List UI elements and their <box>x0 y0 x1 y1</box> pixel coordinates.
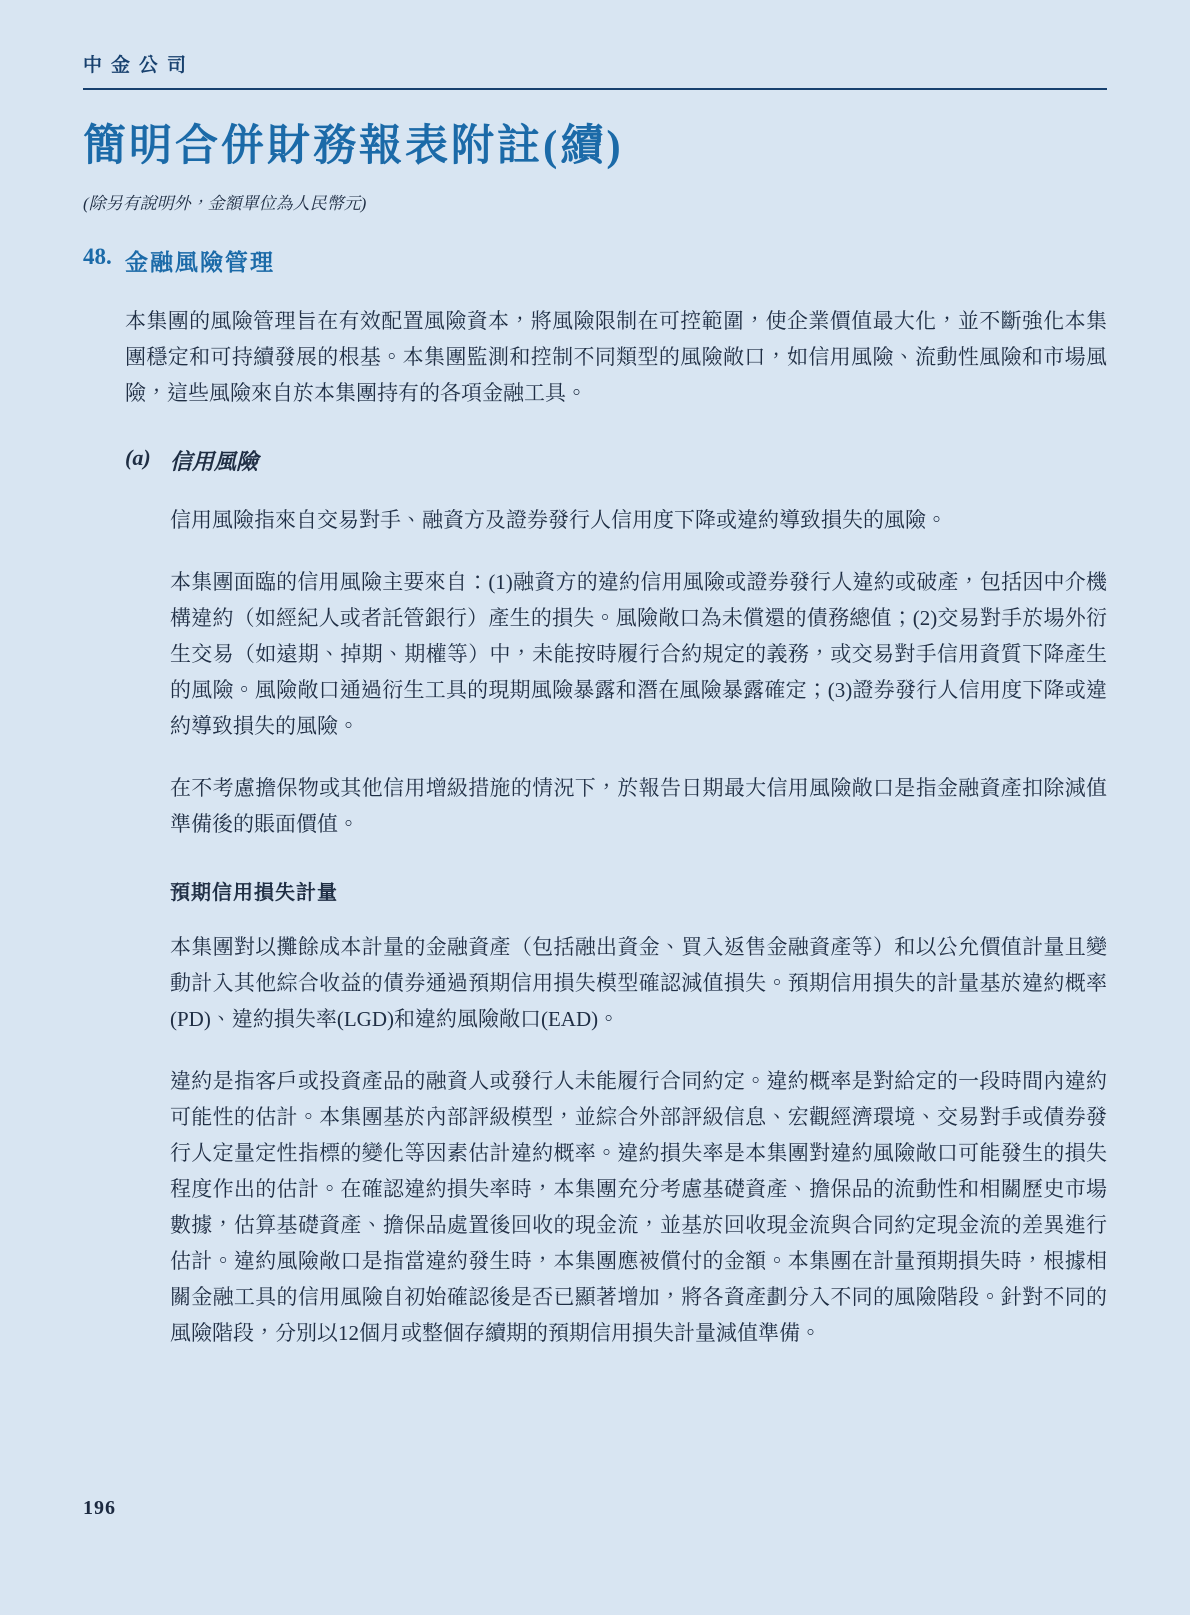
page-number: 196 <box>83 1497 116 1520</box>
subsection-label: (a) <box>125 445 170 476</box>
page-header: 中金公司 <box>83 50 1107 90</box>
credit-risk-paragraph-1: 信用風險指來自交易對手、融資方及證券發行人信用度下降或違約導致損失的風險。 <box>170 502 1107 538</box>
ecl-paragraph-2: 違約是指客戶或投資產品的融資人或發行人未能履行合同約定。違約概率是對給定的一段時… <box>170 1063 1107 1351</box>
subsection-heading: (a) 信用風險 <box>125 445 1107 476</box>
ecl-paragraph-1: 本集團對以攤餘成本計量的金融資產（包括融出資金、買入返售金融資產等）和以公允價值… <box>170 929 1107 1037</box>
header-divider <box>83 88 1107 90</box>
subsection-body: 信用風險指來自交易對手、融資方及證券發行人信用度下降或違約導致損失的風險。 本集… <box>170 502 1107 1351</box>
section-heading: 48. 金融風險管理 <box>83 244 1107 277</box>
section-number: 48. <box>83 244 125 277</box>
page-content: 中金公司 簡明合併財務報表附註(續) (除另有說明外，金額單位為人民幣元) 48… <box>0 0 1190 1351</box>
credit-risk-paragraph-2: 本集團面臨的信用風險主要來自：(1)融資方的違約信用風險或證券發行人違約或破產，… <box>170 564 1107 744</box>
ecl-heading: 預期信用損失計量 <box>170 876 1107 905</box>
section-intro-paragraph: 本集團的風險管理旨在有效配置風險資本，將風險限制在可控範圍，使企業價值最大化，並… <box>125 303 1107 411</box>
credit-risk-paragraph-3: 在不考慮擔保物或其他信用增級措施的情況下，於報告日期最大信用風險敞口是指金融資產… <box>170 770 1107 842</box>
document-page: 中金公司 簡明合併財務報表附註(續) (除另有說明外，金額單位為人民幣元) 48… <box>0 0 1190 1615</box>
currency-note: (除另有說明外，金額單位為人民幣元) <box>83 189 1107 214</box>
document-title: 簡明合併財務報表附註(續) <box>83 112 1107 173</box>
subsection-title: 信用風險 <box>170 445 258 476</box>
company-name: 中金公司 <box>83 50 1107 77</box>
section-title: 金融風險管理 <box>125 244 275 277</box>
